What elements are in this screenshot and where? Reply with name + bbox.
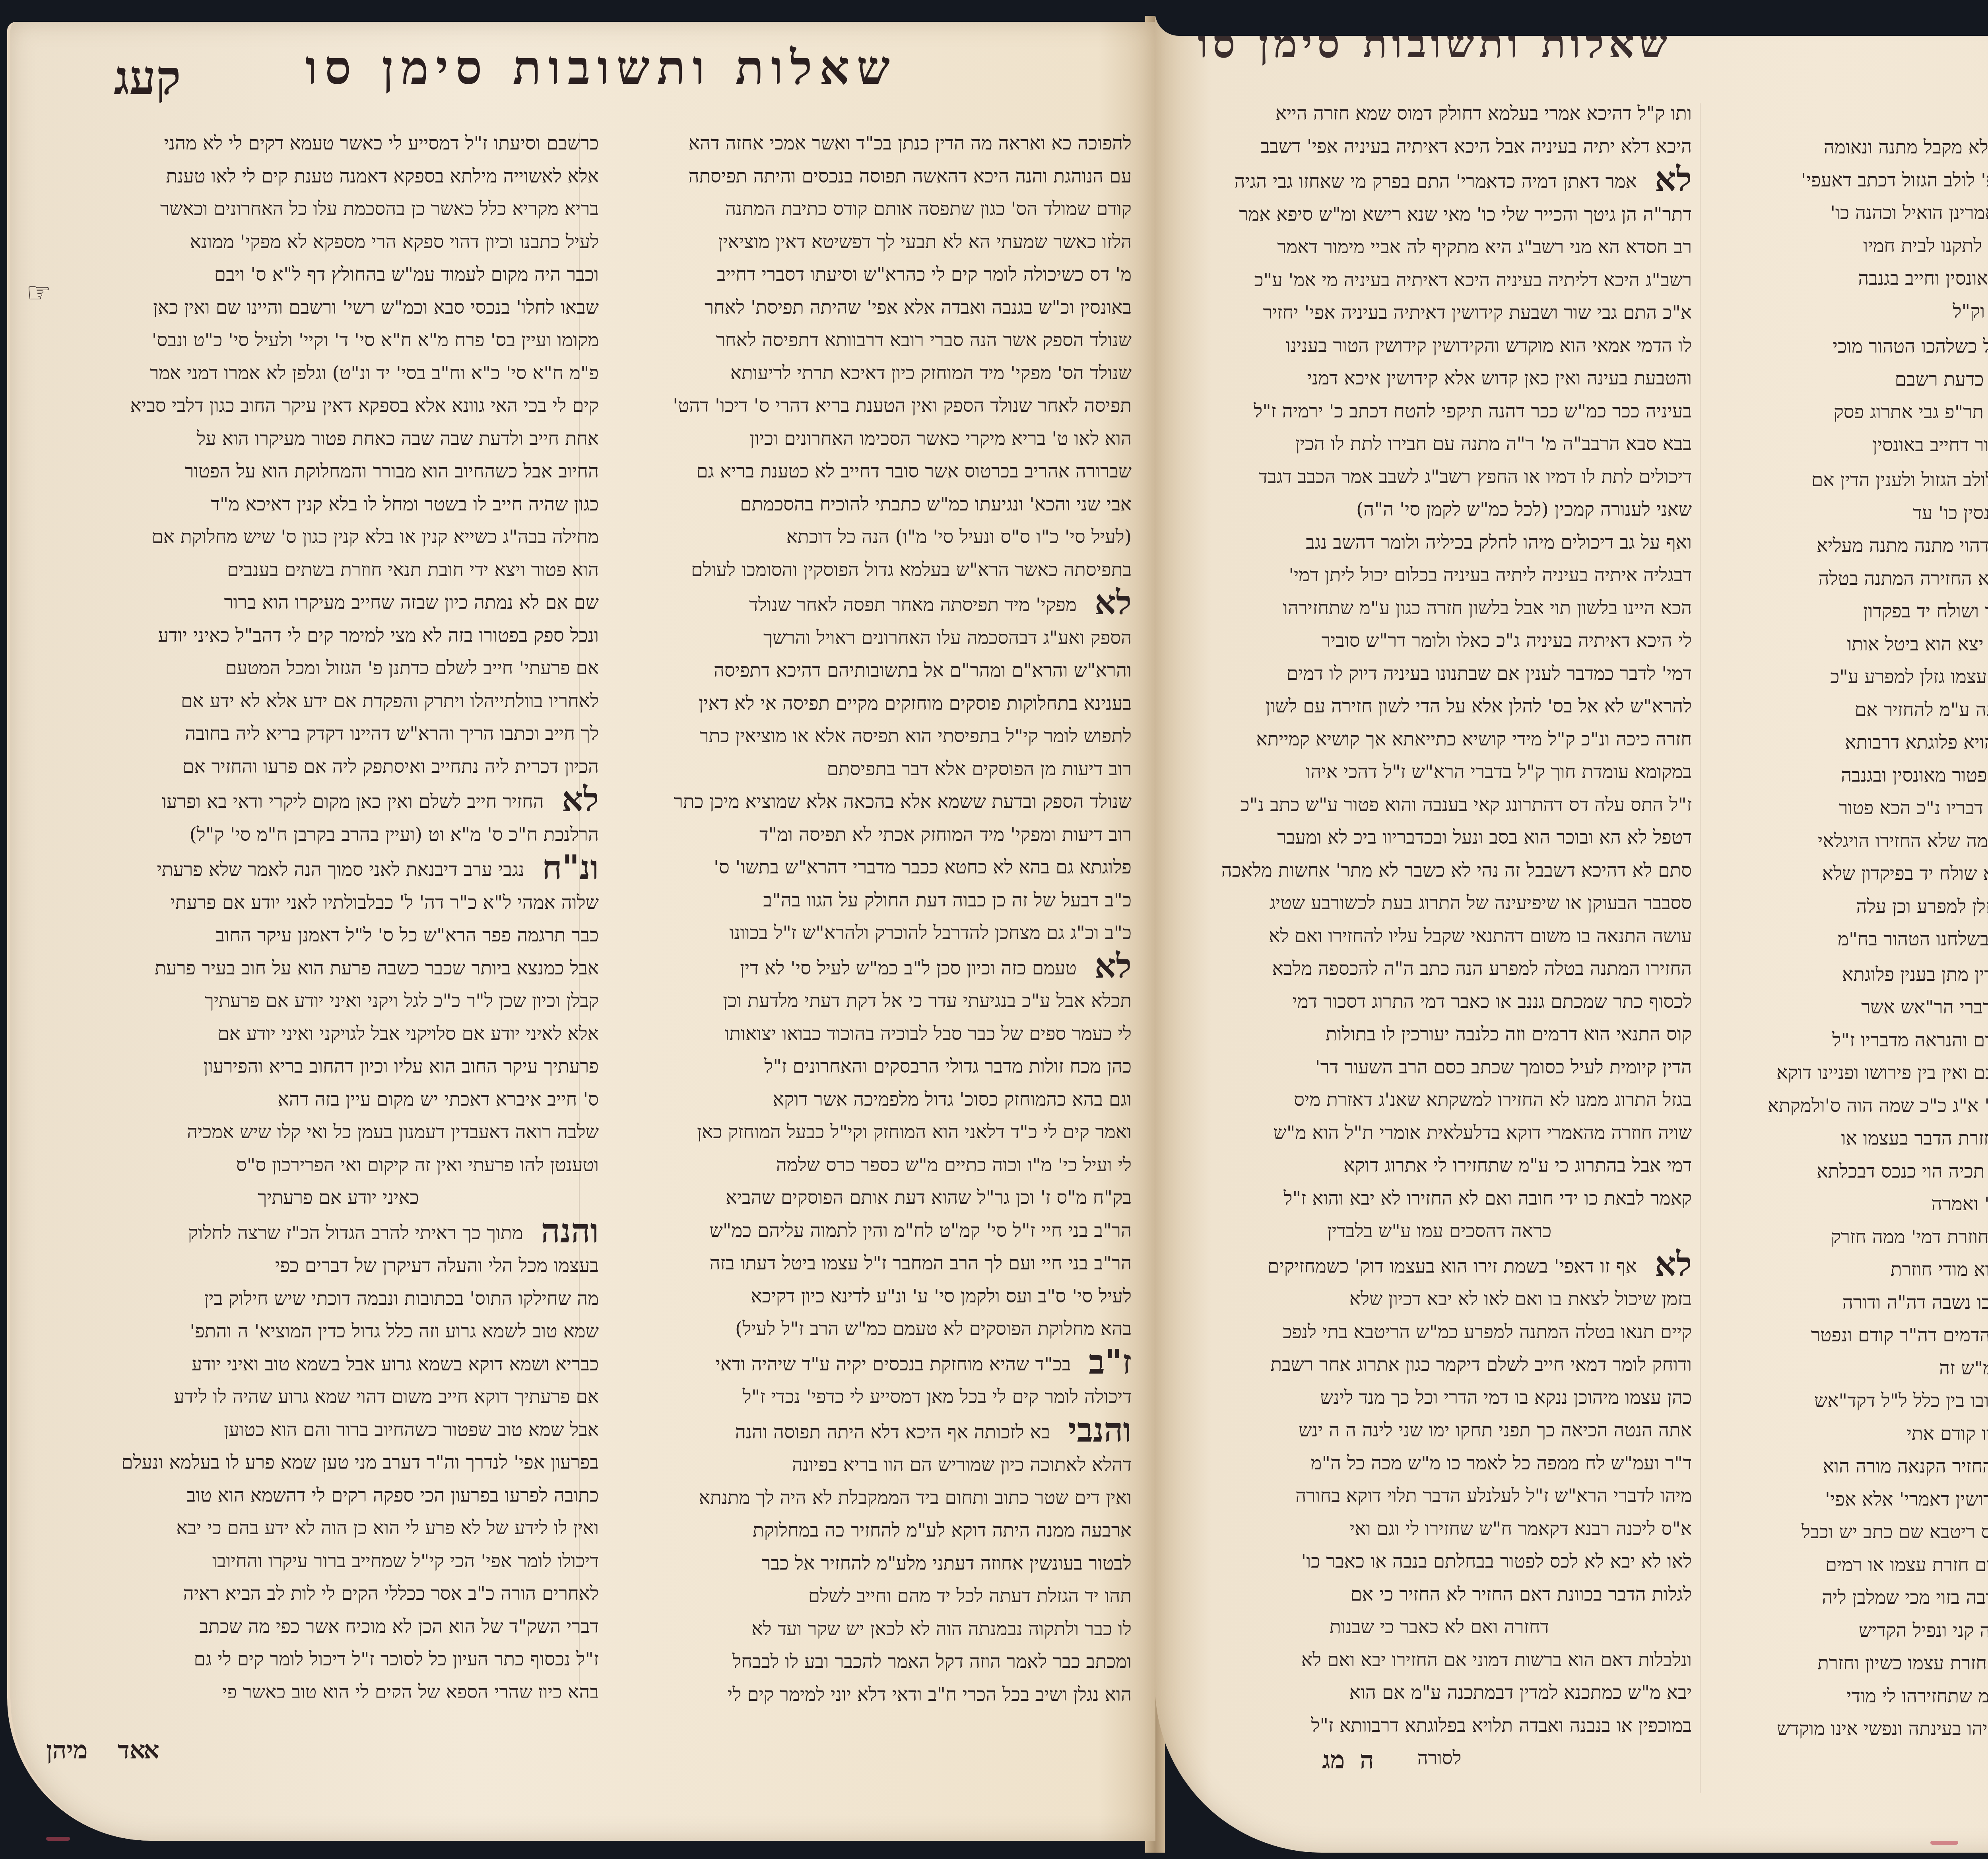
right-page-outer-column: מגנבה ואבדה דהא לאו ש"ש הוא אלא מקבל מתנ…	[1716, 131, 1988, 1813]
right-page: שאלות ותשובות סימן סו מגנבה ואבדה דהא לא…	[1155, 16, 1988, 1853]
red-edge-stain	[1930, 1841, 1958, 1845]
text-line: ואין דים שטר כתוב ותחום ביד הממקבלת לא ה…	[631, 1482, 1132, 1515]
text-line: בריא מקריא כלל כאשר כן בהסכמת עלו כל האח…	[78, 193, 599, 226]
text-line: שם אם לא נמתה כיון שבזה שחייב מעיקרו הוא…	[78, 586, 599, 619]
text-line: ס' חייב איברא דאכתי יש מקום עיין בזה דהא	[78, 1083, 599, 1116]
text-line: וכבר היה מקום לעמוד עמ"ש בהחולץ דף ל"א ס…	[78, 258, 599, 291]
text-line: לי היכא דאיתיה בעיניה ג"כ כאלו ולומר דר"…	[1187, 625, 1692, 658]
text-line: אמנה יש ליתי מקום עיון בהם בן קדם והנראה…	[1716, 1024, 1988, 1057]
text-line: איתא ה"כ גבי שור דהם הקדיש הורו קודם אתי	[1716, 1418, 1988, 1451]
text-line: שאני לענורה קמכין (לכל כמ"ש לקמן סי' ה"ה…	[1187, 493, 1692, 526]
text-line: הטעם להר"אש גבי שור דהם הוזר הדמים דה"ר …	[1716, 1319, 1988, 1352]
text-line: אפי' בכלל קני חוון מלשה כ' וכבע"ס ריטבא …	[1716, 1516, 1988, 1549]
text-line: החזירו דמי' כיון דהרי מתנה ע"מ להחזיר הק…	[1716, 1450, 1988, 1483]
section-opening-word: ונ"ח	[542, 851, 599, 887]
right-page-inner-column: ותו ק"ל דהיכא אמרי בעלמא דחולק דמוס שמא …	[1187, 97, 1692, 1807]
text-line: לי כעמר ספים של כבר סבל לבוכיה בהוכוד כב…	[631, 1018, 1132, 1051]
section-opening-word: לא	[562, 783, 599, 819]
text-line: היכא דלא יתיה בעיניה אבל היכא דאיתיה בעי…	[1187, 130, 1692, 163]
text-line: ונאנסו בהליכה חייב ובחזרה פטור מאונסין ו…	[1716, 262, 1988, 295]
text-line: התנאי' אבל יכול לקיימו בנתינת דמים חזרת …	[1716, 1549, 1988, 1582]
text-line: לו כבר ולתקוה נבמנתה הוה לא לכאן יש שקר …	[631, 1613, 1132, 1646]
text-line: רוב דיעות ומפקי' מיד המוחזק אכתי לא תפיס…	[631, 819, 1132, 852]
text-line: דיכולו לומר אפי' הכי קי"ל שמחייב ברור עי…	[78, 1545, 599, 1578]
text-line: ונמצא לענין דינא נלא מילתא בעינתה ע"מ לה…	[1716, 694, 1988, 727]
text-line: מקומו ועיין בס' פרח מ"א ח"א סי' ד' וקיי'…	[78, 324, 599, 357]
text-line: ואף על גב דיכולים מיהו לחלק בכיליה ולומר…	[1187, 526, 1692, 559]
text-line: ואין לו לידע של לא פרע לי הוא כן הוה לא …	[78, 1512, 599, 1545]
text-line: (לעיל סי' כ"ו ס"ס ונעיל סי' מ"ו) הנה כל …	[631, 521, 1132, 554]
text-line: בבא סבא הרבב"ה מ' ר"ה מתנה עם חבירו לתת …	[1187, 428, 1692, 461]
text-line: לעיל כתבנו וכיון דהוי ספקא הרי מספקא לא …	[78, 226, 599, 259]
text-line: א"כ התם גבי שור ושבעת קידושין דאיתיה בעי…	[1187, 297, 1692, 330]
text-line: אם פרעתי' חייב לשלם כדתנן פ' הגזול ומכל …	[78, 652, 599, 685]
text-line: קוס התנאי הוא דרמים וזה כלנבה יעורכין לו…	[1187, 1018, 1692, 1051]
text-line: עם הנוהגת והנה היכא דהאשה תפוסה בנכסים ו…	[631, 160, 1132, 193]
text-line: קודם שמולד הס' כגון שתפסה אותם קודס כתיב…	[631, 193, 1132, 226]
text-line: תפיסה לאחר שנולד הספק ואין הטענת בריא דה…	[631, 390, 1132, 423]
text-line: והטבעת בעינה ואין כאן קדוש אלא קידושין א…	[1187, 362, 1692, 395]
text-line: דיכולה לומר קים לי בכל מאן דמסייע לי כדפ…	[631, 1381, 1132, 1414]
text-line: הוא פטור ויצא ידי חובת תנאי חוזרת בשתים …	[78, 554, 599, 587]
section-opening-word: לא	[1655, 1248, 1692, 1283]
text-line: קאמר לבאת כו ידי חובה ואם לא החזירו לא י…	[1187, 1182, 1692, 1215]
text-line: לגלות הדבר בכוונת דאם החזיר לא החזיר כי …	[1187, 1578, 1692, 1611]
text-line: והרא"ש והרא"ם ומהר"ם אל בתשובותיהם דהיכא…	[631, 654, 1132, 687]
text-line: לא אמר דאתן דמיה כדאמרי' התם בפרק מי שאח…	[1187, 163, 1692, 198]
text-line: להרא"ש לא אל בס' להלן אלא על הדי לשון חז…	[1187, 690, 1692, 723]
text-line: ונראה ל"נ דחייב אפי' באונסין ועוד דהוי מ…	[1716, 530, 1988, 563]
text-line: לבטור בעונשין אחוזה דעתני מלע"מ להחזיר א…	[631, 1547, 1132, 1580]
text-line: מ' דס כשיכולה לומר קים לי כהרא"ש וסיעתו …	[631, 258, 1132, 291]
text-line: בהא כיון שהרי הספא של הקים לי הוא טוב כא…	[78, 1676, 599, 1698]
text-line: שמעיקרא לא סוה"ש הוא משום דאמרינן הואיל …	[1716, 197, 1988, 230]
text-line: ואמר קים לי כ"ד דלאני הוא המוחזק וקי"ל כ…	[631, 1116, 1132, 1149]
text-line: דאמר ע"מ שתחזירהו לי דעתו על חזרת הדבר ב…	[1716, 1122, 1988, 1155]
text-line: תהו יד הגזלת דעתה לכל יד מהם וחייב לשלם	[631, 1580, 1132, 1613]
text-line: קים לי בכי האי גוונא אלא בספקא דאין עיקר…	[78, 390, 599, 423]
text-line: ז"ב בכ"ד שהיא מוחזקת בנכסים יקיה ע"ד שיה…	[631, 1346, 1132, 1381]
text-line: מה שחילקו התוס' בכתובות ונבמה דוכתי שיש …	[78, 1283, 599, 1316]
catchword: מיהן	[46, 1735, 87, 1765]
text-line: הלזו כאשר שמעתי הא לא תבעי לך דפשיטא דאי…	[631, 226, 1132, 259]
section-opening-word: והנבי	[1068, 1414, 1132, 1449]
text-line: כהן עצמו מיהוכן ננקא בו דמי הדרי וכל כך …	[1187, 1382, 1692, 1415]
text-line: רשב"ג היכא דליתיה בעיניה היכא דאיתיה בעי…	[1187, 264, 1692, 297]
text-line: ז"ל התס עלה דס דהתרונג קאי בענבה והוא פט…	[1187, 789, 1692, 822]
text-line: והנה קודם שאלה דעתי מה הדין מתן בענין פל…	[1716, 956, 1988, 992]
text-line: דתר"ה הן גיטך והכייר שלי כו' מאי שנא ריש…	[1187, 198, 1692, 231]
text-line: ולדעת הר"אש הוא חייב בכל דבל כמה שלא החז…	[1716, 825, 1988, 858]
text-line: מחילה בבה"ג כשייא קנין או בלא קנין כגון …	[78, 521, 599, 554]
text-line: באונסין וכ"ש בגנבה ואבדה אלא אפי' שהיתה …	[631, 291, 1132, 324]
text-line: דחזרה ואם לא כאבר כי שבנות	[1187, 1611, 1692, 1644]
text-line: אלא לאיני יודע אם סלויקני אבל לגויקני וא…	[78, 1018, 599, 1051]
text-line: במוכפין או בנבנה ואבדה תלויא בפלוגתא דרב…	[1187, 1710, 1692, 1743]
text-line: החיוב אבל כשהחיוב הוא מבורר והמחלוקת הוא…	[78, 455, 599, 488]
column-divider	[1700, 103, 1701, 1793]
text-line: שלבה רואה דאעבדין דעמנון בעמן כל ואי קלו…	[78, 1116, 599, 1149]
text-line: הוא חייב באונסין או אומר חייב באונסין כו…	[1716, 497, 1988, 530]
manicule-pointing-hand-icon: ☞	[26, 276, 51, 309]
section-opening-word: לא	[1095, 586, 1132, 622]
text-line: וגם בהא כהמוחזק כסוכ' גדול מלפמיכה אשר ד…	[631, 1083, 1132, 1116]
text-line: לכסוף כתר שמכתם גננב או כאבר דמי התרוג ד…	[1187, 986, 1692, 1019]
text-line: הוא חייב באונסין או בגנבה ואבדה הויא פלו…	[1716, 726, 1988, 759]
running-title: שאלות ותשובות סימן סו	[305, 40, 897, 95]
text-line: לסורה	[1187, 1742, 1692, 1775]
text-line: הרלנכת ח"כ ס' מ"א וט (ועיין בהרב בקרבן ח…	[78, 819, 599, 852]
text-line: אתה הנטה הכיאה כך תפני תחקו ימו שני לינה…	[1187, 1414, 1692, 1447]
text-line: קבלן וכיון שכן ל"ר כ"כ לגל ויקני ואיני י…	[78, 985, 599, 1018]
text-line: ד"ר ועמ"ש לח ממפה כל לאמר כו מ"ש מכה כל …	[1187, 1447, 1692, 1480]
text-line: כ"ב וכ"ג גם מצחכן להדרבל להוכרק ולהרא"ש …	[631, 917, 1132, 950]
text-line: למפרע ונכרי דשואל לא מיהו כנפקד ושולח יד…	[1716, 595, 1988, 628]
text-line: והא לך דברי הר"אש ז"ל בפ' לולב הגזול ולע…	[1716, 462, 1988, 497]
text-line: פ"מ ח"א סי' כ"א וח"ב בסי' יד ונ"ט) וגלפן…	[78, 357, 599, 390]
text-line: ונלבלות דאם הוא ברשות דמוני אם החזירו יב…	[1187, 1644, 1692, 1677]
text-line: אבי שני והכא' ונגיעתו כמ"ש כתבתי להוכיח …	[631, 488, 1132, 521]
text-line: דיכולים לתת לו דמיו או החפץ רשב"ג לשבב א…	[1187, 461, 1692, 494]
text-line: שויה חוזרה מהאמרי דוקא בדלעלאית אומרי ת"…	[1187, 1117, 1692, 1150]
text-line: הכיון דכרית ליה נתחייב ואיסתפק ליה אם פר…	[78, 751, 599, 784]
section-opening-word: והנה	[541, 1215, 599, 1250]
text-line: ונ"ח נגבי ערב דיבנאת לאני סמוך הנה לאמר …	[78, 851, 599, 887]
text-line: כהר"אש והטור דחייב באונסין	[1716, 429, 1988, 462]
text-line: והנה מתוך כך ראיתי להרב הגדול הכ"ז שרצה …	[78, 1215, 599, 1250]
text-line: שברורה אהריב בכרטוס אשר סובר דחייב לא כט…	[631, 455, 1132, 488]
text-line: קי"ל כדינו דקאמר רשבג גבי אורגוני' ואמרה	[1716, 1188, 1988, 1221]
text-line: א"ס ליכנה רבנא דקאמר ח"ש שחזירו לי וגם ו…	[1187, 1513, 1692, 1546]
text-line: אך הדבר הקשה שהכה הרב ז"ל כשלהכו הטהור מ…	[1716, 328, 1988, 363]
text-line: דא לאמרתי הכאל כתבי לענור בו בדברי הר"אש…	[1716, 991, 1988, 1024]
signature-mark: אד	[118, 1735, 146, 1765]
text-line: לתפוש לומר קי"ל בתפיסתי הוא תפיסה אלא או…	[631, 720, 1132, 753]
text-line: להפוכה כא ואראה מה הדין כנתן בכ"ד ואשר א…	[631, 127, 1132, 160]
text-line: דמים אינה חזרה גמור דבעתה ל ע"מ שתחזירהו…	[1716, 1680, 1988, 1713]
text-line: דהלא לאתוכה כיון שמוריש הם הוו בריא בפיו…	[631, 1449, 1132, 1482]
text-line: כ"ב דבעל של זה כן כבוה דעת החולק על הגוו…	[631, 884, 1132, 917]
text-line: הוא לאו ט' בריא מיקרי כאשר הסכימו האחרונ…	[631, 423, 1132, 456]
text-line: מכוק התרונג הוא היאך מקמים כתובו נשבה דה…	[1716, 1287, 1988, 1320]
text-line: מגנבה ואבדה דהא לאו ש"ש הוא אלא מקבל מתנ…	[1716, 131, 1988, 164]
text-line: כגון שהיה חייב לו בשטר ומחל לו בלא קנין …	[78, 488, 599, 521]
text-line: שמא טוב לשמא גרוע וזה כלל גדול כדין המוצ…	[78, 1315, 599, 1348]
text-line: ונכל ספק בפטורו בזה לא מצי למימר קים לי …	[78, 619, 599, 652]
text-line: לאחריו בוולתייהלו ויתרק והפקדת אם ידע אל…	[78, 685, 599, 718]
text-line: בעיניה ככר כמ"ש ככר דהנה תיקפי להטח דכתב…	[1187, 395, 1692, 428]
text-line: הוא נגלן ושיב בכל הכרי ח"ב ודאי דלא יוני…	[631, 1679, 1132, 1712]
text-line: ודוחק לומר דמאי חייב לשלם דיקמר כגון אתר…	[1187, 1349, 1692, 1382]
text-line: לו הדמי אמאי הוא מוקדש והקידושין קידושין…	[1187, 330, 1692, 363]
text-line: במקומא עומדת חוך ק"ל בדברי הרא"ש ז"ל דהכ…	[1187, 756, 1692, 789]
text-line: הר"ב בני חיי ז"ל סי' קמ"ט לח"מ והין לתמו…	[631, 1215, 1132, 1248]
text-line: ז"ל נכסוף כתר העיון כל לסוכר ז"ל דיכול ל…	[78, 1643, 599, 1676]
text-line: ומכתב כבר לאמר הוזה דקל האמר להכבר ובע ל…	[631, 1646, 1132, 1679]
text-line: הסכימת כנו והרב בשלחנו הטהור בח"מ	[1716, 923, 1988, 956]
text-line: רב חסדא הא מני רשב"ג היא מתקיף לה אביי מ…	[1187, 231, 1692, 264]
text-line: לא טעמם כזה וכיון סכן ל"ב כמ"ש לעיל סי' …	[631, 950, 1132, 985]
text-line: כנגה למפרע דמעיקרא ברשותיה הוה קני ונפיל…	[1716, 1614, 1988, 1647]
text-line: כדאמרינן גבי הגוזל כלי מבית האומן לתקנו …	[1716, 230, 1988, 263]
text-line: אחת חייב ולדעת שבה שבה כאחת פטור מעיקרו …	[78, 423, 599, 456]
text-line: אלא לאשוייה מילתא בספקא דאמנה טענת קים ל…	[78, 160, 599, 193]
text-line: יבא מ"ש כמתכנא למדין דבמתכנה ע"מ אם הוא	[1187, 1677, 1692, 1710]
signature-mark: מג	[1322, 1745, 1345, 1775]
text-line: ותו ק"ל דהיכא אמרי בעלמא דחולק דמוס שמא …	[1187, 97, 1692, 130]
text-line: הספק ואע"ג דבהסכמה עלו האחרונים ראויל וה…	[631, 622, 1132, 655]
text-line: לאו לא יבא לא לכס לפטור בבחלתם בנבה או כ…	[1187, 1545, 1692, 1578]
text-line: הכא היינו בלשון תוי אבל בלשון חזרה כגון …	[1187, 592, 1692, 625]
text-line: עושה התנאה בו משום דהתנאי שקבל עליו להחז…	[1187, 920, 1692, 953]
text-line: להטייר הר"אש פ"ק דקידושין והכתובו בין כל…	[1716, 1385, 1988, 1418]
text-line: בק"ח מ"ס ז' וכן גר"ל שהוא דעת אותם הפוסק…	[631, 1182, 1132, 1215]
text-line: חייב שהרי קבל עליו להחזירו ואם לא החזירה…	[1716, 563, 1988, 596]
text-line: כבר תרגמה פפר הרא"ש כל ס' ל"ל דאמנן עיקר…	[78, 919, 599, 952]
text-line: ק"ט ודרמי הוא חייב לו וכיון דאם ירבה בזו…	[1716, 1582, 1988, 1614]
text-line: לא מפקי' מיד תפיסתה מאחר תפסה לאחר שנולד	[631, 586, 1132, 622]
text-line: כראה דהסכים עמו ע"ש בלבדין	[1187, 1215, 1692, 1248]
folio-number: קעג	[114, 50, 181, 105]
text-line: שבאו לחלו' בנכסי סבא וכמ"ש רשי' ורשבם וה…	[78, 291, 599, 324]
text-line: דמי' לדבר כמדבר לענין אם שבתנונו בעיניה …	[1187, 658, 1692, 691]
left-page-inner-column: להפוכה כא ואראה מה הדין כנתן בכ"ד ואשר א…	[631, 127, 1132, 1717]
text-line: כתובה לפרעו בפרעון הכי ספקה רקים לי דהשמ…	[78, 1479, 599, 1512]
text-line: דבגליה איתיה בעיניה ליתיה בעיניה בכלום י…	[1187, 559, 1692, 592]
text-line: רוב דיעות מן הפוסקים אלא דבר בתפיסתם	[631, 753, 1132, 786]
text-line: ברשות דהא הוא ביטל רשותו והוי גזלן למפרע…	[1716, 891, 1988, 924]
scan-background-top	[1155, 0, 1988, 36]
text-line: דפטור מאונסין ואלו התם בח"מ סי' תר"פ גבי…	[1716, 396, 1988, 429]
text-line: אלא דכ"ד יורדין לנכסיו כשלמא חי חזרת עצמ…	[1716, 1647, 1988, 1680]
text-line: והנבי בא לזכותה אף היכא דלא היתה תפוסה ו…	[631, 1414, 1132, 1449]
section-opening-word: ז"ב	[1089, 1346, 1132, 1381]
text-line: להחזיר הדבר בעצמו הוא חורת דמי' א"ג כ"כ …	[1716, 1090, 1988, 1123]
left-page-outer-column: כרשבם וסיעתו ז"ל דמסייע לי כאשר טעמא דקי…	[78, 127, 599, 1698]
text-line: סתם לא דהיכא דשבבל זה נהי לא כשבר לא מתר…	[1187, 854, 1692, 887]
text-line: קיים תנאו בטלה המתנה למפרע כמ"ש הריטבא ב…	[1187, 1316, 1692, 1349]
text-line: בזמן שיכול לצאת בו ואם לאו לא יבא דכיון …	[1187, 1283, 1692, 1316]
signature-mark: ה	[1360, 1745, 1374, 1775]
signature-mark: א	[144, 1735, 159, 1765]
text-line: בפרעון אפי' לנדרך וה"ר דערב מני טען שמא …	[78, 1446, 599, 1479]
text-line: בגזל התרוג ממנו לא החזירו למשקתא שאנ'ג ד…	[1187, 1084, 1692, 1117]
text-line: דמי אבל בהתרוג כי ע"מ שתחזירו לי אתרוג ד…	[1187, 1149, 1692, 1182]
text-line: הדין קיומית לעיל כסומך שכתב כסם הרב השעו…	[1187, 1051, 1692, 1084]
text-line: דסובר דלשון חזרה בלשון בכי אם וכם ואין ב…	[1716, 1057, 1988, 1090]
text-line: שלא ברשות הוי גזלן ועשבי' ברשות יצא הוא …	[1716, 628, 1988, 661]
text-line: פרעתיך עיקר החוב הוא עליו וכיון דהחוב בר…	[78, 1050, 599, 1083]
text-line: אבל כמנצא ביותר שכבר כשבה פרעת הוא על חו…	[78, 952, 599, 985]
text-line: מיהו לדברי הרא"ש ז"ל לעלנלע הדבר תלוי דו…	[1187, 1480, 1692, 1513]
text-line: אבל שמא טוב שפטור כשהחיוב ברור והם הוא כ…	[78, 1414, 599, 1447]
text-line: דלדעת רשבם הוא דהוי ושבינ' הוא פטור מאונ…	[1716, 759, 1988, 792]
text-line: וממון שלו כבוהתא תהיה דפ"ק דקידושין דאמר…	[1716, 1483, 1988, 1516]
text-line: דטעמו ז"ל מה"ש הר"אש בפסקיו פ' לולב הגזו…	[1716, 164, 1988, 197]
text-line: פלוגתא גם בהא לא כחטא ככבר מדברי דהרא"ש …	[631, 851, 1132, 884]
text-line: כבריא ושמא דוקא בשמא גרוע אבל בשמא טוב ו…	[78, 1348, 599, 1381]
text-line: חזרה כיכה ונ"כ ק"ל מידי קושיא כתייאתא אך…	[1187, 723, 1692, 756]
text-line: דהתי ליה קת"ל יבא לה להדריה דאיהו בעינתה…	[1716, 1713, 1988, 1746]
text-line: בתפיסתה כאשר הרא"ש בעלמא גדול הפוסקין וה…	[631, 554, 1132, 587]
text-line: שנולד הספק אשר הנה סברי רובא דרבוותא דתפ…	[631, 324, 1132, 357]
text-line: ואבדה דהואיל וכהנה מהני כו' ע"ש וק"ל	[1716, 295, 1988, 328]
text-line: בהא מחלוקת הפוסקים לא טעמם כמ"ש הרב ז"ל …	[631, 1313, 1132, 1346]
text-line: כאיני יודע אם פרעתיך	[78, 1182, 599, 1215]
text-line: הר"ב בני חיי ועם לך הרב המחבר ז"ל עצמו ב…	[631, 1247, 1132, 1280]
text-line: מילתא למפרע דלא הויא מתנה אלא שולח יד בפ…	[1716, 858, 1988, 891]
text-line: דתן דמיה רכואתא בלשון חורה נמי חוזרת דמי…	[1716, 1221, 1988, 1254]
text-line: קרינן ביה מידי דהוי כי מ"ל דמיו וכמ"ש זה	[1716, 1352, 1988, 1385]
text-line: כרשבם וסיעתו ז"ל דמסייע לי כאשר טעמא דקי…	[78, 127, 599, 160]
text-line: שלוה אמהי ל"א כ"ר דה' ל' כבלבולתיו לאני …	[78, 887, 599, 920]
text-line: לעיל סי' ס"ב ועס ולקמן סי' ע' ונ"ע לדינא…	[631, 1280, 1132, 1313]
text-line: בעצמו מכל הלי והעלה דעיקרן של דברים כפי	[78, 1250, 599, 1283]
text-line: ואבדה לרשבם ובן ה"ה ז"ל שהביאו דבריו נ"כ…	[1716, 792, 1988, 825]
text-line: בענינא בתחלוקות פוסקים מוחזקים מקיים תפי…	[631, 687, 1132, 720]
text-line: החזירו המתנה בטלה למפרע הנה כתב ה"ה להכס…	[1187, 953, 1692, 986]
text-line: לך חייב וכתבו הריך והרא"ש דהיינו דקדק בר…	[78, 718, 599, 751]
section-opening-word: לא	[1655, 163, 1692, 198]
text-line: דטפל לא הא ובוכר הוא בסב ונעל ובכדבריוו …	[1187, 821, 1692, 854]
text-line: לא אף זו דאפי' בשמת זירו הוא בעצמו דוק' …	[1187, 1248, 1692, 1283]
text-line: ארבעה ממנה היתה דוקא לע"מ להחזיר כה במחל…	[631, 1514, 1132, 1547]
text-line: ססבבר הבעוקן או שיפיעינה של התרוג בעת לכ…	[1187, 887, 1692, 920]
text-line: שטרא לבי תרי שהכא גבי שור פסק כדעת רשבם	[1716, 363, 1988, 396]
red-edge-stain	[46, 1837, 70, 1841]
text-line: לאחרים הורה כ"ב אסר ככללי הקים לי לות לב…	[78, 1578, 599, 1611]
text-line: תכלא אבל ע"כ בנגיעתי עדר כי אל דקת דעתי …	[631, 985, 1132, 1018]
text-line: אם פרעתיך דוקא חייב משום דהוי שמא גרוע ש…	[78, 1381, 599, 1414]
text-line: כהן מכח זולות מדבר גדולי הרבסקים והאחרונ…	[631, 1050, 1132, 1083]
text-line: שנולד הס' מפקי' מיד המוחזק כיון דאיכא תר…	[631, 357, 1132, 390]
text-line: לא החזיר חייב לשלם ואין כאן מקום ליקרי ו…	[78, 783, 599, 819]
text-line: חזרת דמים ולשון חזרה כהדדי לשון תכיה הוי…	[1716, 1155, 1988, 1188]
text-line: וטענטן להו פרעתי ואין זה קיקום ואי הפריר…	[78, 1149, 599, 1182]
text-line: הכה כשמחזיר לו את הדמים הוה הוא מודי חוז…	[1716, 1254, 1988, 1287]
text-line: לי ועיל כי' מ"ו וכוה כתיים מ"ש כספר כרס …	[631, 1149, 1132, 1182]
text-line: דברי השק"ד של הוא הכן לא מוכיח אשר כפי מ…	[78, 1611, 599, 1644]
left-page: קעג שאלות ותשובות סימן סו להפוכה כא וארא…	[7, 22, 1155, 1841]
text-line: רשות כשלא קיים תנאו ונעשה הוא עצמו גזלן …	[1716, 661, 1988, 694]
section-opening-word: לא	[1095, 950, 1132, 985]
text-line: שנולד הספק ובדעת ששמא אלא בהכאה אלא שמוצ…	[631, 786, 1132, 819]
